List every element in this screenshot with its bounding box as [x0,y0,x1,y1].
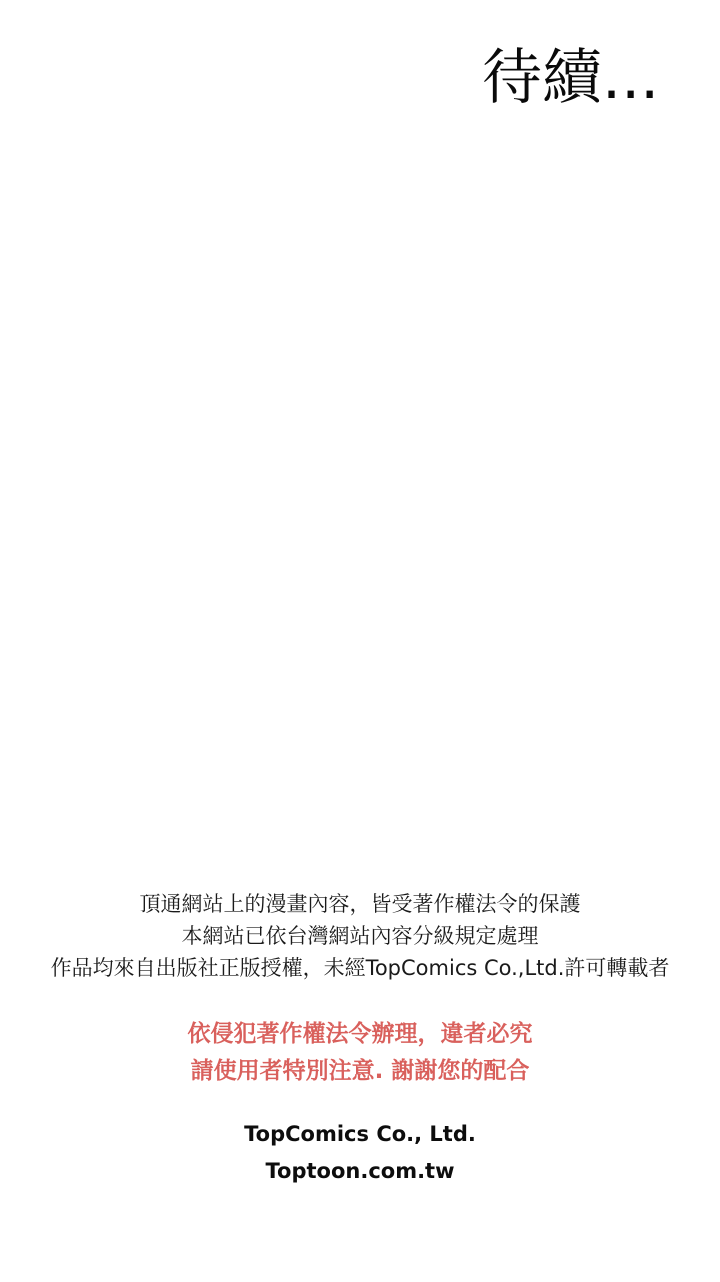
copyright-notice: 頂通網站上的漫畫內容，皆受著作權法令的保護 本網站已依台灣網站內容分級規定處理 … [0,888,720,984]
notice-line-rating: 本網站已依台灣網站內容分級規定處理 [0,920,720,952]
warning-line-thanks: 請使用者特別注意. 謝謝您的配合 [0,1053,720,1090]
company-website: Toptoon.com.tw [0,1153,720,1190]
to-be-continued-caption: 待續... [482,38,659,118]
legal-warning: 依侵犯著作權法令辦理，違者必究 請使用者特別注意. 謝謝您的配合 [0,1016,720,1090]
warning-line-enforcement: 依侵犯著作權法令辦理，違者必究 [0,1016,720,1053]
notice-line-license: 作品均來自出版社正版授權，未經TopComics Co.,Ltd.許可轉載者 [0,952,720,984]
notice-line-protection: 頂通網站上的漫畫內容，皆受著作權法令的保護 [0,888,720,920]
company-info: TopComics Co., Ltd. Toptoon.com.tw [0,1116,720,1190]
company-name: TopComics Co., Ltd. [0,1116,720,1153]
